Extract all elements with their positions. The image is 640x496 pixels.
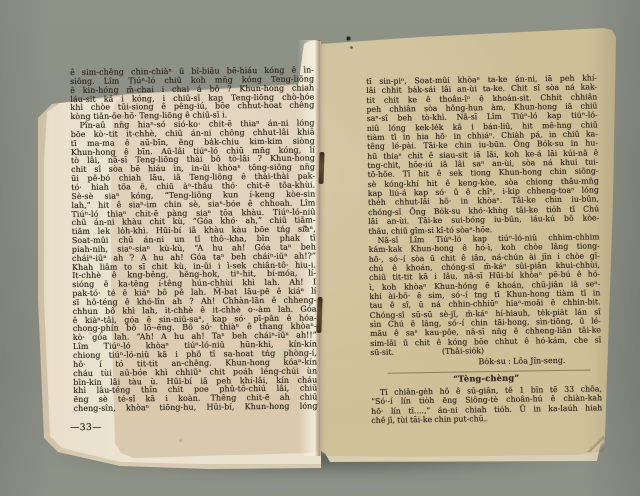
erratum-paragraph: Tī chiân-ge̍h hō ê sū-giân, tē 1 bīn tē … bbox=[371, 384, 603, 425]
correction-heading: “Tèng-chèng” bbox=[371, 372, 602, 385]
paragraph: Nā-sī Lîm Tiúⁿ-ló kap tiúⁿ-ló-niû chhim-… bbox=[368, 232, 601, 357]
book-photo: ê sim-chêng chin-chiàⁿ ū bî-biāu bē-hiáu… bbox=[0, 0, 640, 496]
paragraph: Tī chiân-ge̍h hō ê sū-giân, tē 1 bīn tē … bbox=[371, 384, 603, 425]
left-page-number: —33— bbox=[70, 422, 102, 433]
paragraph: ê sim-chêng chin-chiàⁿ ū bî-biāu bē-hiáu… bbox=[70, 66, 315, 122]
paragraph: Pîn-aū nn̄g hiaⁿ-só sió-ko· chit-ē thiaⁿ… bbox=[71, 120, 318, 414]
paper-specks bbox=[0, 0, 1, 1]
paragraph: tī sin-piⁿ, Soat-mûi khòaⁿ ta-ke án-ni, … bbox=[366, 73, 599, 235]
right-page-text: tī sin-piⁿ, Soat-mûi khòaⁿ ta-ke án-ni, … bbox=[366, 73, 602, 425]
right-page-body: tī sin-piⁿ, Soat-mûi khòaⁿ ta-ke án-ni, … bbox=[366, 73, 601, 357]
left-page-text: ê sim-chêng chin-chiàⁿ ū bî-biāu bē-hiáu… bbox=[70, 66, 318, 413]
author-signature: Bo̍k-su : Lōa Jîn-seng. bbox=[370, 356, 601, 369]
